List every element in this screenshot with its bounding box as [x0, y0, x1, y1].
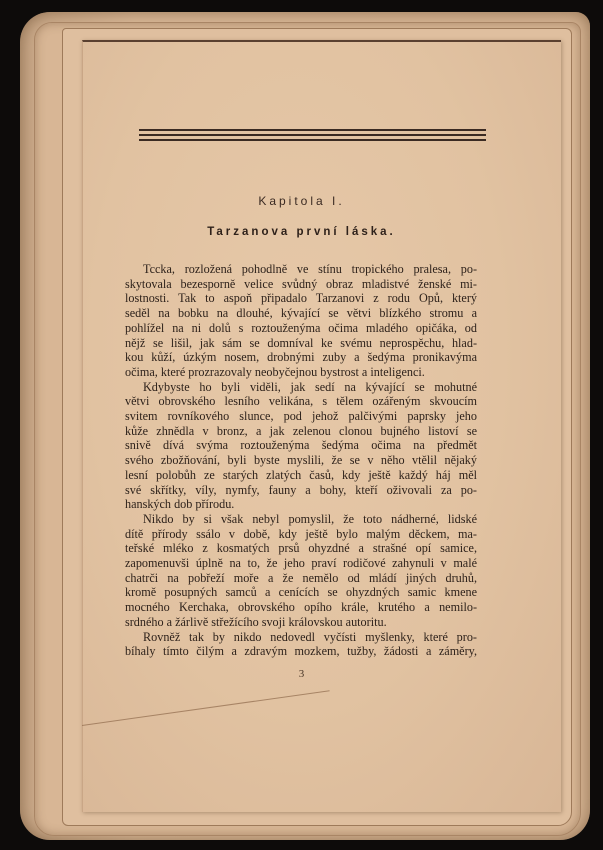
- text-line: hanských dob přírodu.: [125, 497, 477, 512]
- text-line: snivě dívá svýma roztouženýma šedýma oči…: [125, 438, 477, 453]
- text-line: lesní polobůh ze starých zlatých časů, k…: [125, 468, 477, 483]
- text-line: bíhaly tímto čilým a zdravým mozkem, tuž…: [125, 644, 477, 659]
- text-line: srdného a žárlivě střežícího svoji králo…: [125, 615, 477, 630]
- text-line: Kdybyste ho byli viděli, jak sedí na kýv…: [125, 380, 477, 395]
- text-line: skytovala bezesporně velice svůdný obraz…: [125, 277, 477, 292]
- text-line: očima, které prozrazovaly neobyčejnou by…: [125, 365, 477, 380]
- text-line: větvi obrovského lesního velikána, s těl…: [125, 394, 477, 409]
- text-line: Rovněž tak by nikdo nedovedl vyčísti myš…: [125, 630, 477, 645]
- text-line: pohlížel na ni dolů s roztouženýma očima…: [125, 321, 477, 336]
- text-line: Nikdo by si však nebyl pomyslil, že toto…: [125, 512, 477, 527]
- text-line: kůže zhnědla v bronz, a jak zelenou clon…: [125, 424, 477, 439]
- text-line: kromě posupných samců a cenících se ohyz…: [125, 585, 477, 600]
- page-number: 3: [0, 668, 603, 680]
- text-line: Tccka, rozložená pohodlně ve stínu tropi…: [125, 262, 477, 277]
- header-rules: [139, 129, 486, 144]
- text-line: lostnosti. Tak to aspoň připadalo Tarzan…: [125, 291, 477, 306]
- header-rule: [139, 139, 486, 141]
- text-line: chatrči na pobřeží moře a že nemělo od m…: [125, 571, 477, 586]
- chapter-label: Kapitola I.: [0, 194, 603, 208]
- text-line: nějž se lišil, jak sám se domníval ke sv…: [125, 336, 477, 351]
- header-rule: [139, 134, 486, 136]
- text-line: svého zbožňování, byli byste myslili, že…: [125, 453, 477, 468]
- text-line: zapomenuvši úplně na to, že jeho praví r…: [125, 556, 477, 571]
- text-line: své skřítky, víly, nymfy, fauny a bohy, …: [125, 483, 477, 498]
- header-rule: [139, 129, 486, 131]
- text-line: kou kůží, úzkým nosem, drobnými zuby a š…: [125, 350, 477, 365]
- text-line: svitem rovníkového slunce, pod jehož pal…: [125, 409, 477, 424]
- body-text: Tccka, rozložená pohodlně ve stínu tropi…: [125, 262, 477, 659]
- chapter-title: Tarzanova první láska.: [0, 226, 603, 238]
- text-line: mocného Kerchaka, obrovského opího krále…: [125, 600, 477, 615]
- text-line: seděl na bobku na dlouhé, kývající se vě…: [125, 306, 477, 321]
- text-line: teřské mléko z kosmatých prsů ohyzdné a …: [125, 541, 477, 556]
- text-line: dítě přírody ssálo v době, kdy ještě byl…: [125, 527, 477, 542]
